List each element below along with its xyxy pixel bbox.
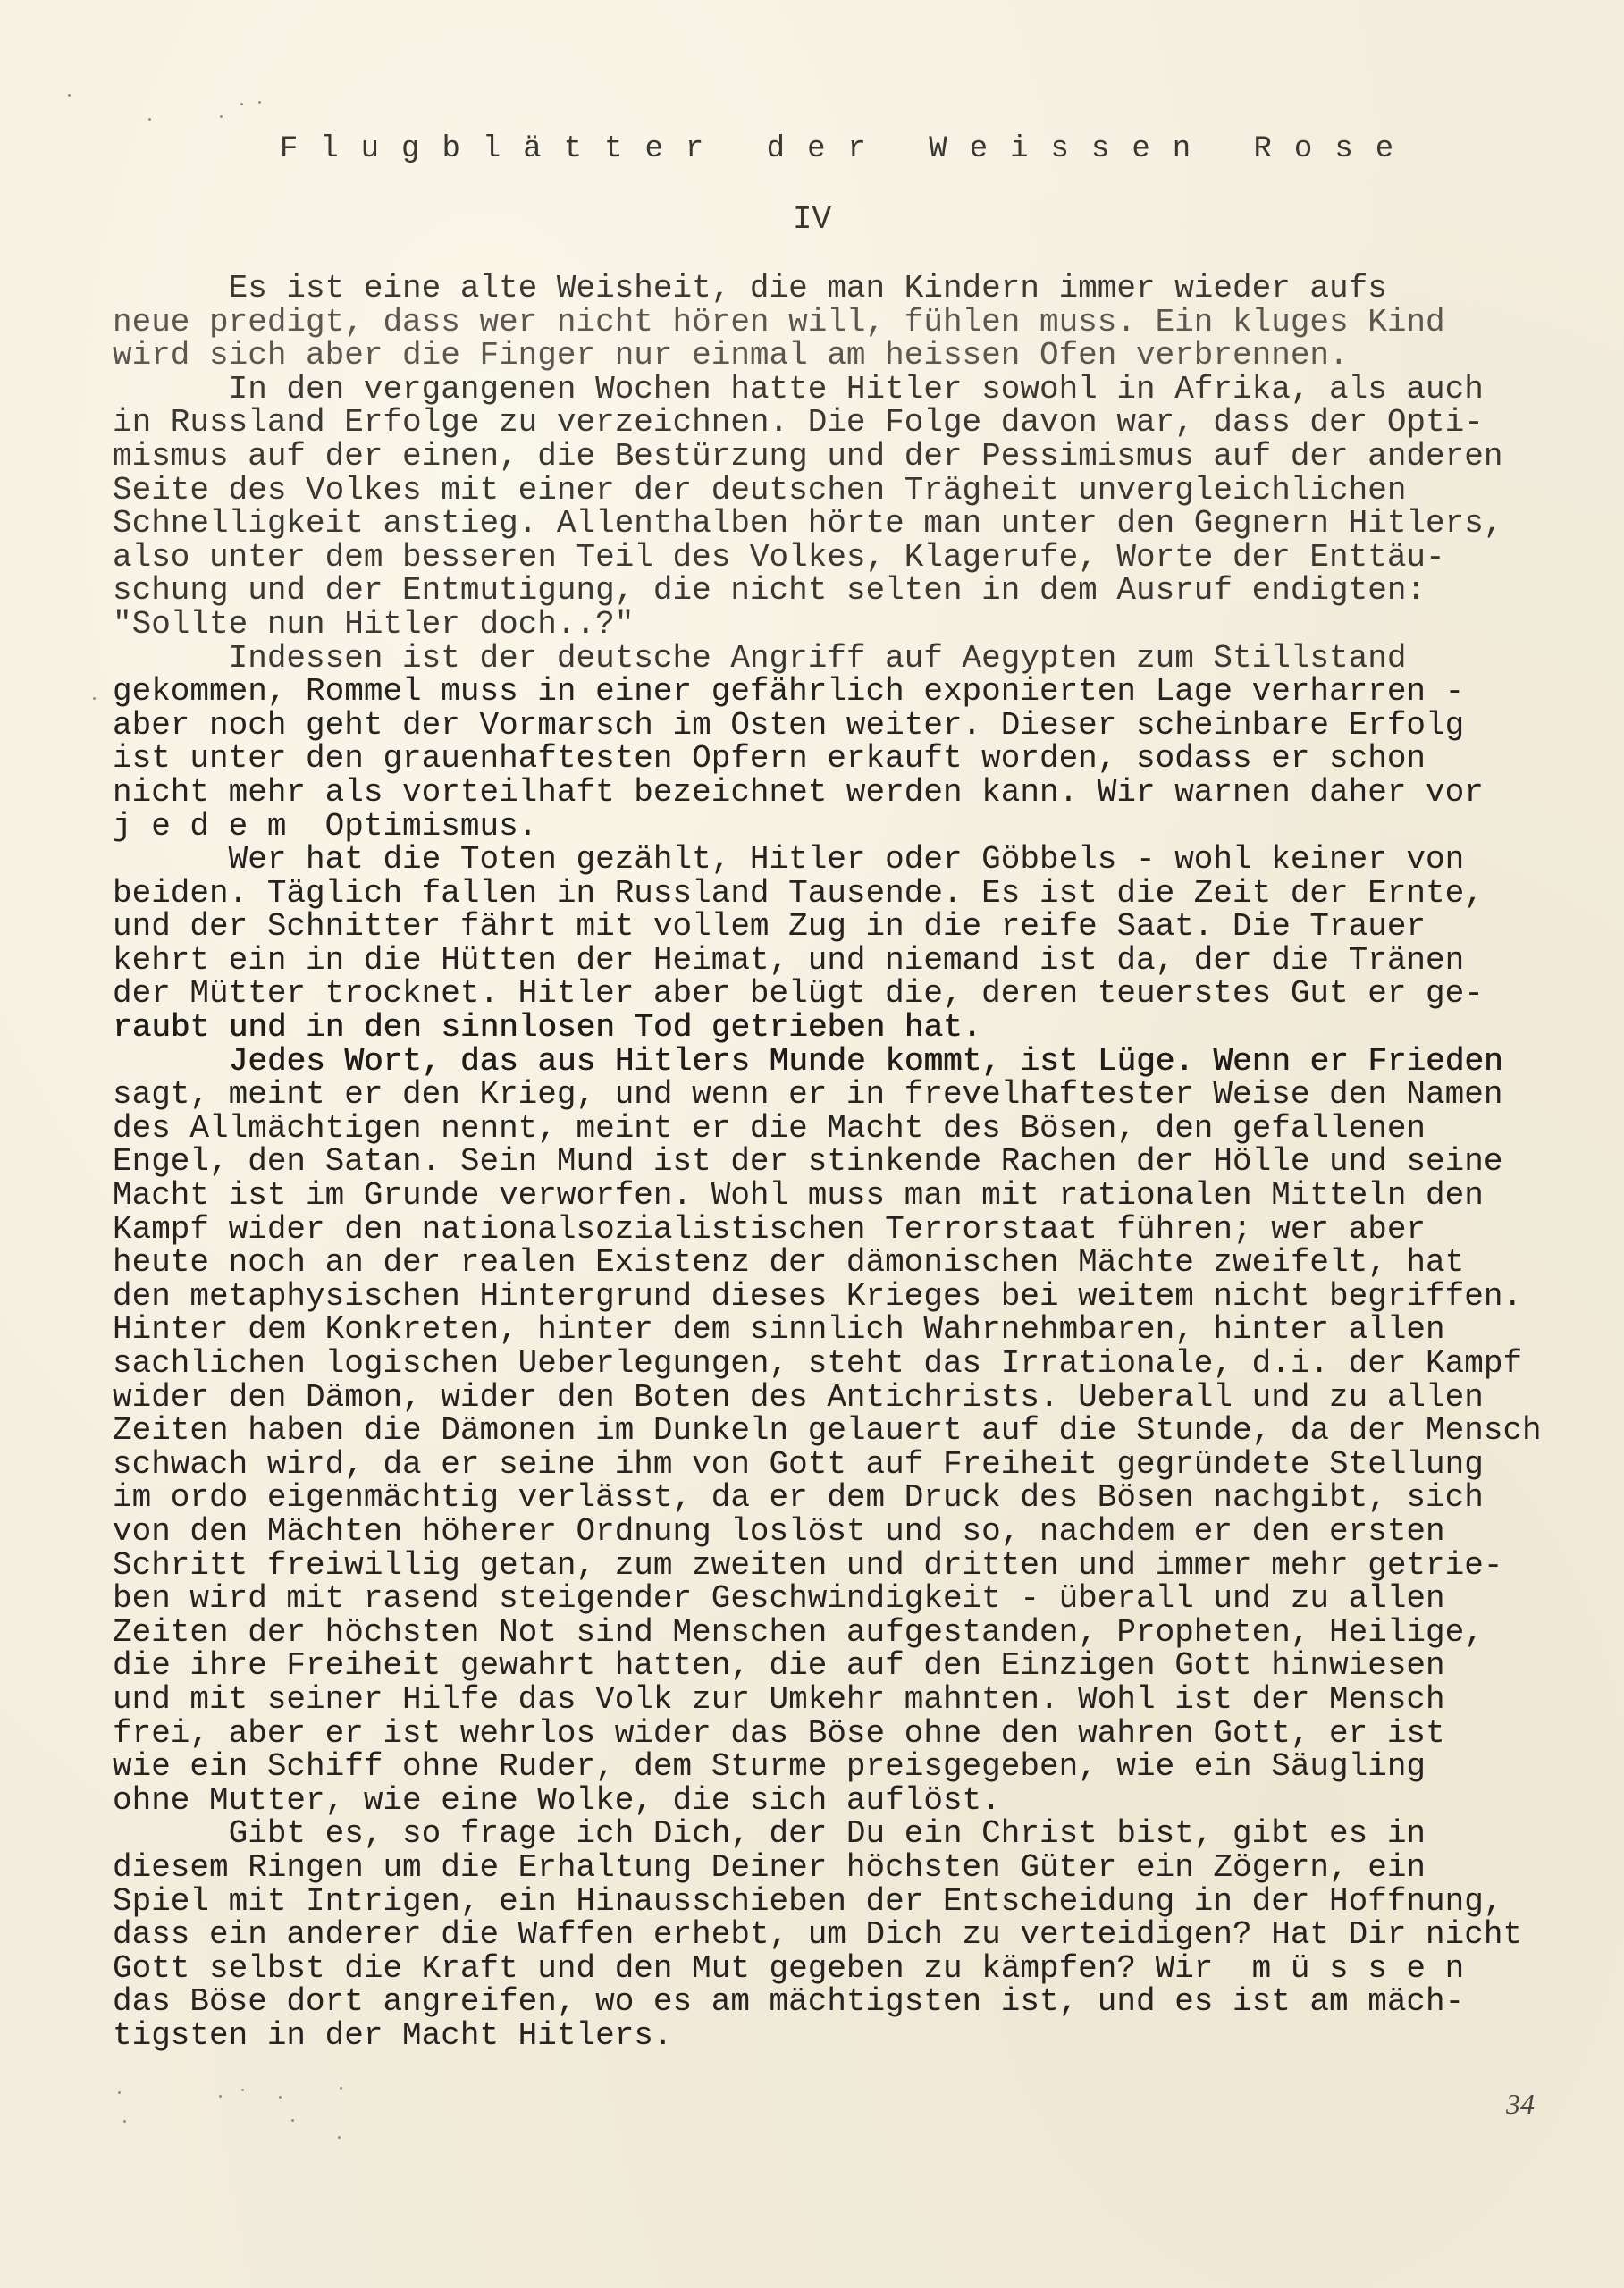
text-line: wie ein Schiff ohne Ruder, dem Sturme pr… bbox=[113, 1750, 1614, 1784]
text-line: dass ein anderer die Waffen erhebt, um D… bbox=[113, 1918, 1614, 1952]
text-line: den metaphysischen Hintergrund dieses Kr… bbox=[113, 1280, 1614, 1314]
text-line: kehrt ein in die Hütten der Heimat, und … bbox=[113, 944, 1614, 978]
paper-speck bbox=[241, 2089, 244, 2091]
document-page: Flugblätter der Weissen Rose IV Es ist e… bbox=[0, 0, 1624, 2288]
text-line: sachlichen logischen Ueberlegungen, steh… bbox=[113, 1347, 1614, 1381]
text-line: "Sollte nun Hitler doch..?" bbox=[113, 608, 1614, 642]
document-title: Flugblätter der Weissen Rose bbox=[0, 132, 1624, 166]
text-line: und der Schnitter fährt mit vollem Zug i… bbox=[113, 910, 1614, 944]
text-line: wider den Dämon, wider den Boten des Ant… bbox=[113, 1381, 1614, 1415]
text-line: neue predigt, dass wer nicht hören will,… bbox=[113, 306, 1614, 340]
paper-speck bbox=[68, 94, 71, 97]
text-line: Engel, den Satan. Sein Mund ist der stin… bbox=[113, 1145, 1614, 1179]
text-line: der Mütter trocknet. Hitler aber belügt … bbox=[113, 977, 1614, 1011]
text-line: Schritt freiwillig getan, zum zweiten un… bbox=[113, 1549, 1614, 1583]
text-line: nicht mehr als vorteilhaft bezeichnet we… bbox=[113, 776, 1614, 810]
text-line: Schnelligkeit anstieg. Allenthalben hört… bbox=[113, 507, 1614, 541]
text-line: Wer hat die Toten gezählt, Hitler oder G… bbox=[113, 843, 1614, 877]
page-number: 34 bbox=[1506, 2088, 1535, 2121]
text-line: Seite des Volkes mit einer der deutschen… bbox=[113, 474, 1614, 508]
text-line: das Böse dort angreifen, wo es am mächti… bbox=[113, 1985, 1614, 2019]
text-line: gekommen, Rommel muss in einer gefährlic… bbox=[113, 675, 1614, 709]
text-line: j e d e m Optimismus. bbox=[113, 810, 1614, 844]
text-line: im ordo eigenmächtig verlässt, da er dem… bbox=[113, 1481, 1614, 1515]
text-line: heute noch an der realen Existenz der dä… bbox=[113, 1246, 1614, 1280]
text-line: schwach wird, da er seine ihm von Gott a… bbox=[113, 1448, 1614, 1482]
text-line: tigsten in der Macht Hitlers. bbox=[113, 2019, 1614, 2053]
paper-speck bbox=[219, 2095, 222, 2098]
paper-speck bbox=[279, 2096, 282, 2099]
text-line: aber noch geht der Vormarsch im Osten we… bbox=[113, 709, 1614, 743]
leaflet-number: IV bbox=[0, 201, 1624, 238]
paper-speck bbox=[258, 101, 261, 104]
text-line: in Russland Erfolge zu verzeichnen. Die … bbox=[113, 406, 1614, 440]
text-line: mismus auf der einen, die Bestürzung und… bbox=[113, 440, 1614, 474]
text-line: sagt, meint er den Krieg, und wenn er in… bbox=[113, 1078, 1614, 1112]
text-line: Spiel mit Intrigen, ein Hinausschieben d… bbox=[113, 1885, 1614, 1919]
text-line: ben wird mit rasend steigender Geschwind… bbox=[113, 1582, 1614, 1616]
text-line: wird sich aber die Finger nur einmal am … bbox=[113, 339, 1614, 373]
body-text: Es ist eine alte Weisheit, die man Kinde… bbox=[113, 272, 1614, 2052]
text-line: des Allmächtigen nennt, meint er die Mac… bbox=[113, 1112, 1614, 1146]
text-line: Gott selbst die Kraft und den Mut gegebe… bbox=[113, 1952, 1614, 1986]
text-line: frei, aber er ist wehrlos wider das Böse… bbox=[113, 1717, 1614, 1751]
text-line: raubt und in den sinnlosen Tod getrieben… bbox=[113, 1011, 1614, 1045]
paper-speck bbox=[123, 2120, 126, 2123]
paper-speck bbox=[148, 118, 151, 121]
text-line: schung und der Entmutigung, die nicht se… bbox=[113, 574, 1614, 608]
paper-speck bbox=[338, 2136, 341, 2139]
text-line: Indessen ist der deutsche Angriff auf Ae… bbox=[113, 642, 1614, 676]
text-line: ist unter den grauenhaftesten Opfern erk… bbox=[113, 742, 1614, 776]
text-line: Kampf wider den nationalsozialistischen … bbox=[113, 1213, 1614, 1247]
text-line: also unter dem besseren Teil des Volkes,… bbox=[113, 541, 1614, 575]
paper-speck bbox=[93, 697, 96, 700]
text-line: diesem Ringen um die Erhaltung Deiner hö… bbox=[113, 1851, 1614, 1885]
text-line: Hinter dem Konkreten, hinter dem sinnlic… bbox=[113, 1313, 1614, 1347]
text-line: In den vergangenen Wochen hatte Hitler s… bbox=[113, 373, 1614, 407]
text-line: von den Mächten höherer Ordnung loslöst … bbox=[113, 1515, 1614, 1549]
text-line: die ihre Freiheit gewahrt hatten, die au… bbox=[113, 1649, 1614, 1683]
text-line: Macht ist im Grunde verworfen. Wohl muss… bbox=[113, 1179, 1614, 1213]
paper-speck bbox=[220, 115, 223, 118]
text-line: Zeiten haben die Dämonen im Dunkeln gela… bbox=[113, 1414, 1614, 1448]
text-line: ohne Mutter, wie eine Wolke, die sich au… bbox=[113, 1784, 1614, 1818]
text-line: Jedes Wort, das aus Hitlers Munde kommt,… bbox=[113, 1045, 1614, 1079]
paper-speck bbox=[240, 103, 243, 105]
paper-speck bbox=[118, 2091, 121, 2094]
text-line: Gibt es, so frage ich Dich, der Du ein C… bbox=[113, 1817, 1614, 1851]
text-line: Es ist eine alte Weisheit, die man Kinde… bbox=[113, 272, 1614, 306]
text-line: Zeiten der höchsten Not sind Menschen au… bbox=[113, 1616, 1614, 1650]
paper-speck bbox=[340, 2087, 342, 2090]
paper-speck bbox=[291, 2119, 294, 2122]
text-line: und mit seiner Hilfe das Volk zur Umkehr… bbox=[113, 1683, 1614, 1717]
text-line: beiden. Täglich fallen in Russland Tause… bbox=[113, 877, 1614, 911]
